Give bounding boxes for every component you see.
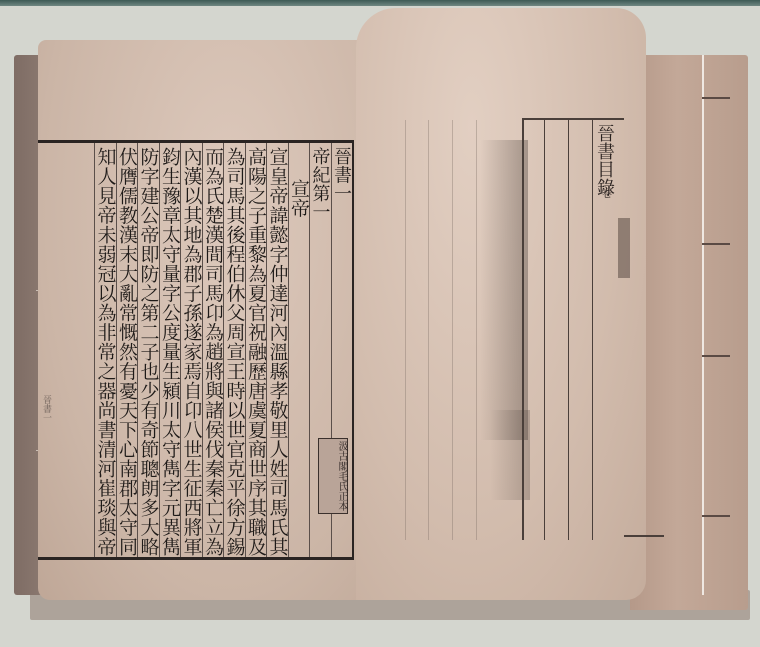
text-column: 防字建公帝即防之第二子也少有奇節聰朗多大略博學洽聞	[137, 143, 159, 557]
volume-mark: 卷	[602, 185, 612, 200]
text-column: 伏膺儒教漢末大亂常慨然有憂天下心南郡太守同郡楊俊名	[116, 143, 138, 557]
display-case-edge	[0, 0, 760, 6]
text-column: 高陽之子重黎為夏官祝融歷唐虞夏商世序其職及周以夏官	[245, 143, 267, 557]
ink-bleed-shadow	[480, 140, 528, 440]
subheading: 宣帝	[288, 143, 310, 557]
binding-stitch	[702, 515, 730, 517]
right-cover	[630, 55, 748, 610]
collector-seal: 汲古閣毛氏正本	[318, 438, 348, 514]
text-column: 而為氏楚漢間司馬卬為趙將與諸侯伐秦秦亡立為殷王都河	[202, 143, 224, 557]
text-column: 內漢以其地為郡子孫遂家焉自卬八世生征西將軍鈞字叔平	[180, 143, 202, 557]
text-column: 宣皇帝諱懿字仲達河內溫縣孝敬里人姓司馬氏其先出自帝	[266, 143, 288, 557]
text-column: 知人見帝未弱冠以為非常之器尚書清河崔琰與帝兄朗善亦	[94, 143, 116, 557]
binding-thread	[702, 55, 704, 595]
text-block: 晉書一 帝紀第一 宣帝 宣皇帝諱懿字仲達河內溫縣孝敬里人姓司馬氏其先出自帝 高陽…	[38, 140, 354, 560]
binding-stitch	[702, 243, 730, 245]
faded-seal	[618, 218, 630, 278]
margin-note: 晉書一	[40, 395, 53, 422]
binding-stitch	[702, 355, 730, 357]
binding-stitch	[702, 97, 730, 99]
book-photo: 晉書一 帝紀第一 宣帝 宣皇帝諱懿字仲達河內溫縣孝敬里人姓司馬氏其先出自帝 高陽…	[0, 0, 760, 647]
text-column: 為司馬其後程伯休父周宣王時以世官克平徐方錫以官族因	[223, 143, 245, 557]
text-column: 鈞生豫章太守量字公度量生潁川太守雋字元異雋生京兆尹	[159, 143, 181, 557]
